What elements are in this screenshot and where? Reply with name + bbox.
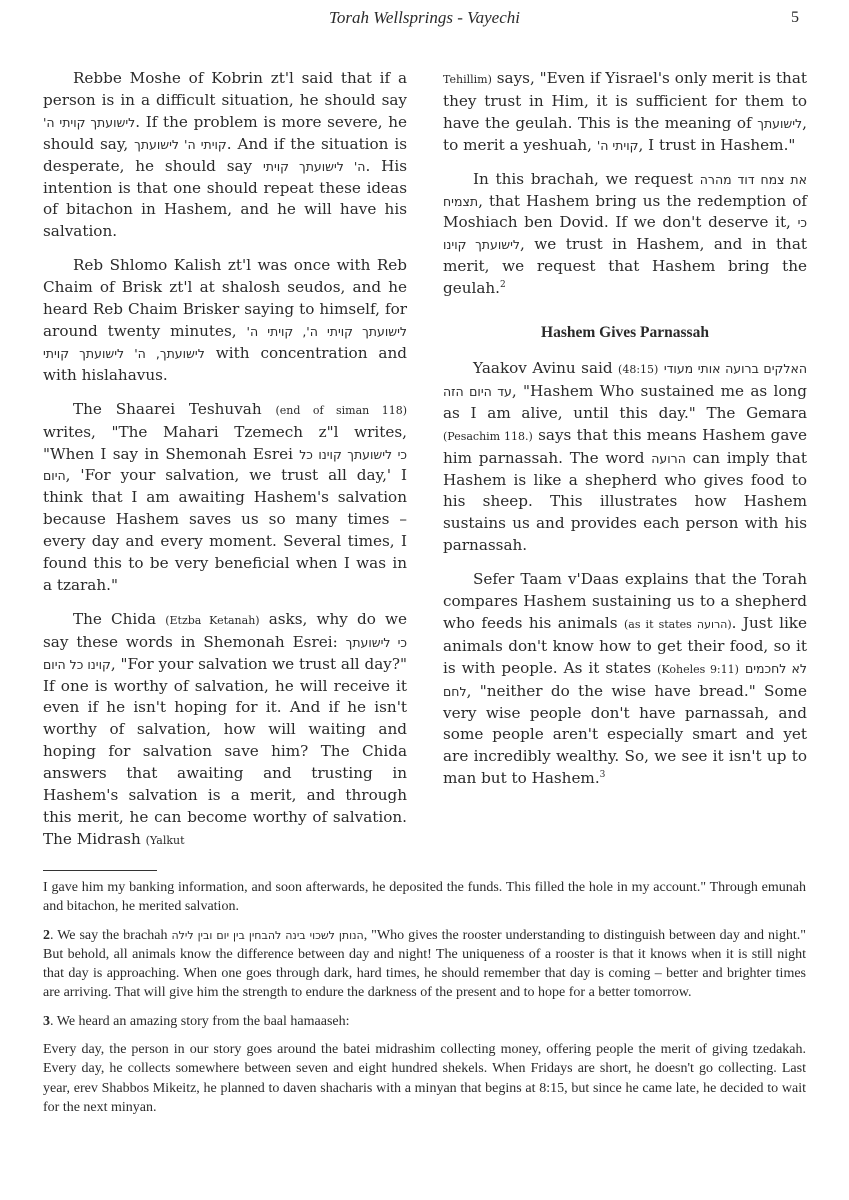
footnote-ref-3[interactable]: 3 — [600, 770, 606, 780]
footnote-number: 2 — [43, 928, 50, 943]
footnote-continued: I gave him my banking information, and s… — [43, 878, 806, 917]
footnote-2: 2. We say the brachah הנותן לשכוי בינה ל… — [43, 926, 806, 1003]
text: Yaakov Avinu said — [473, 359, 618, 377]
text: , I trust in Hashem." — [638, 136, 795, 154]
section-heading: Hashem Gives Parnassah — [443, 322, 807, 344]
text: . We say the brachah — [50, 928, 171, 943]
paragraph-shaarei-teshuvah: The Shaarei Teshuvah (end of siman 118) … — [43, 399, 407, 597]
left-column: Rebbe Moshe of Kobrin zt'l said that if … — [43, 68, 407, 864]
footnote-ref-2[interactable]: 2 — [500, 280, 506, 290]
footnote-3-story: Every day, the person in our story goes … — [43, 1040, 806, 1117]
source-citation: (end of siman 118) — [275, 404, 407, 417]
paragraph-yaakov-avinu: Yaakov Avinu said (48:15) האלקים ברועה א… — [443, 358, 807, 557]
hebrew-text: קויתי ה' לישועתך — [134, 137, 227, 152]
source-citation: (Yalkut — [146, 834, 185, 847]
text: The Chida — [73, 610, 165, 628]
footnote-3: 3. We heard an amazing story from the ba… — [43, 1012, 806, 1031]
text: , "neither do the wise have bread." Some… — [443, 682, 807, 788]
page-header: Torah Wellsprings - Vayechi 5 — [0, 4, 849, 34]
page-number: 5 — [791, 9, 799, 27]
paragraph-brachah: In this brachah, we request את צמח דוד מ… — [443, 169, 807, 300]
running-title: Torah Wellsprings - Vayechi — [0, 8, 849, 28]
paragraph-midrash-continued: Tehillim) says, "Even if Yisrael's only … — [443, 68, 807, 157]
text: , "For your salvation we trust all day?"… — [43, 655, 407, 848]
hebrew-text: הרועה — [651, 451, 686, 466]
text: Rebbe Moshe of Kobrin zt'l said that if … — [43, 69, 407, 109]
paragraph-kobrin: Rebbe Moshe of Kobrin zt'l said that if … — [43, 68, 407, 243]
hebrew-text: לישועתך קויתי ה' — [43, 115, 135, 130]
paragraph-taam-vdaas: Sefer Taam v'Daas explains that the Tora… — [443, 569, 807, 790]
text: , that Hashem bring us the redemption of… — [443, 192, 807, 232]
hebrew-text: קויתי ה' — [597, 138, 639, 153]
source-citation: (48:15) — [618, 363, 658, 376]
source-citation: (Etzba Ketanah) — [165, 614, 259, 627]
hebrew-text: הנותן לשכוי בינה להבחין בין יום ובין ליל… — [171, 929, 363, 942]
text: says, "Even if Yisrael's only merit is t… — [443, 69, 807, 132]
footnote-number: 3 — [43, 1014, 50, 1029]
text: , 'For your salvation, we trust all day,… — [43, 466, 407, 594]
source-citation: (Pesachim 118.) — [443, 430, 533, 443]
paragraph-chida: The Chida (Etzba Ketanah) asks, why do w… — [43, 609, 407, 852]
paragraph-kalish: Reb Shlomo Kalish zt'l was once with Reb… — [43, 255, 407, 386]
text: . We heard an amazing story from the baa… — [50, 1014, 350, 1029]
right-column: Tehillim) says, "Even if Yisrael's only … — [443, 68, 807, 802]
text: In this brachah, we request — [473, 170, 700, 188]
footnote-divider — [43, 870, 157, 871]
hebrew-text: הרועה — [697, 618, 727, 631]
hebrew-text: לישועתך — [757, 116, 802, 131]
footnotes: I gave him my banking information, and s… — [43, 878, 806, 1126]
source-citation: Tehillim) — [443, 73, 492, 86]
hebrew-text: ה' לישועתך קויתי — [263, 159, 366, 174]
source-citation: (Koheles 9:11) — [657, 663, 739, 676]
source-citation: (as it states — [624, 618, 697, 631]
text: The Shaarei Teshuvah — [73, 400, 275, 418]
